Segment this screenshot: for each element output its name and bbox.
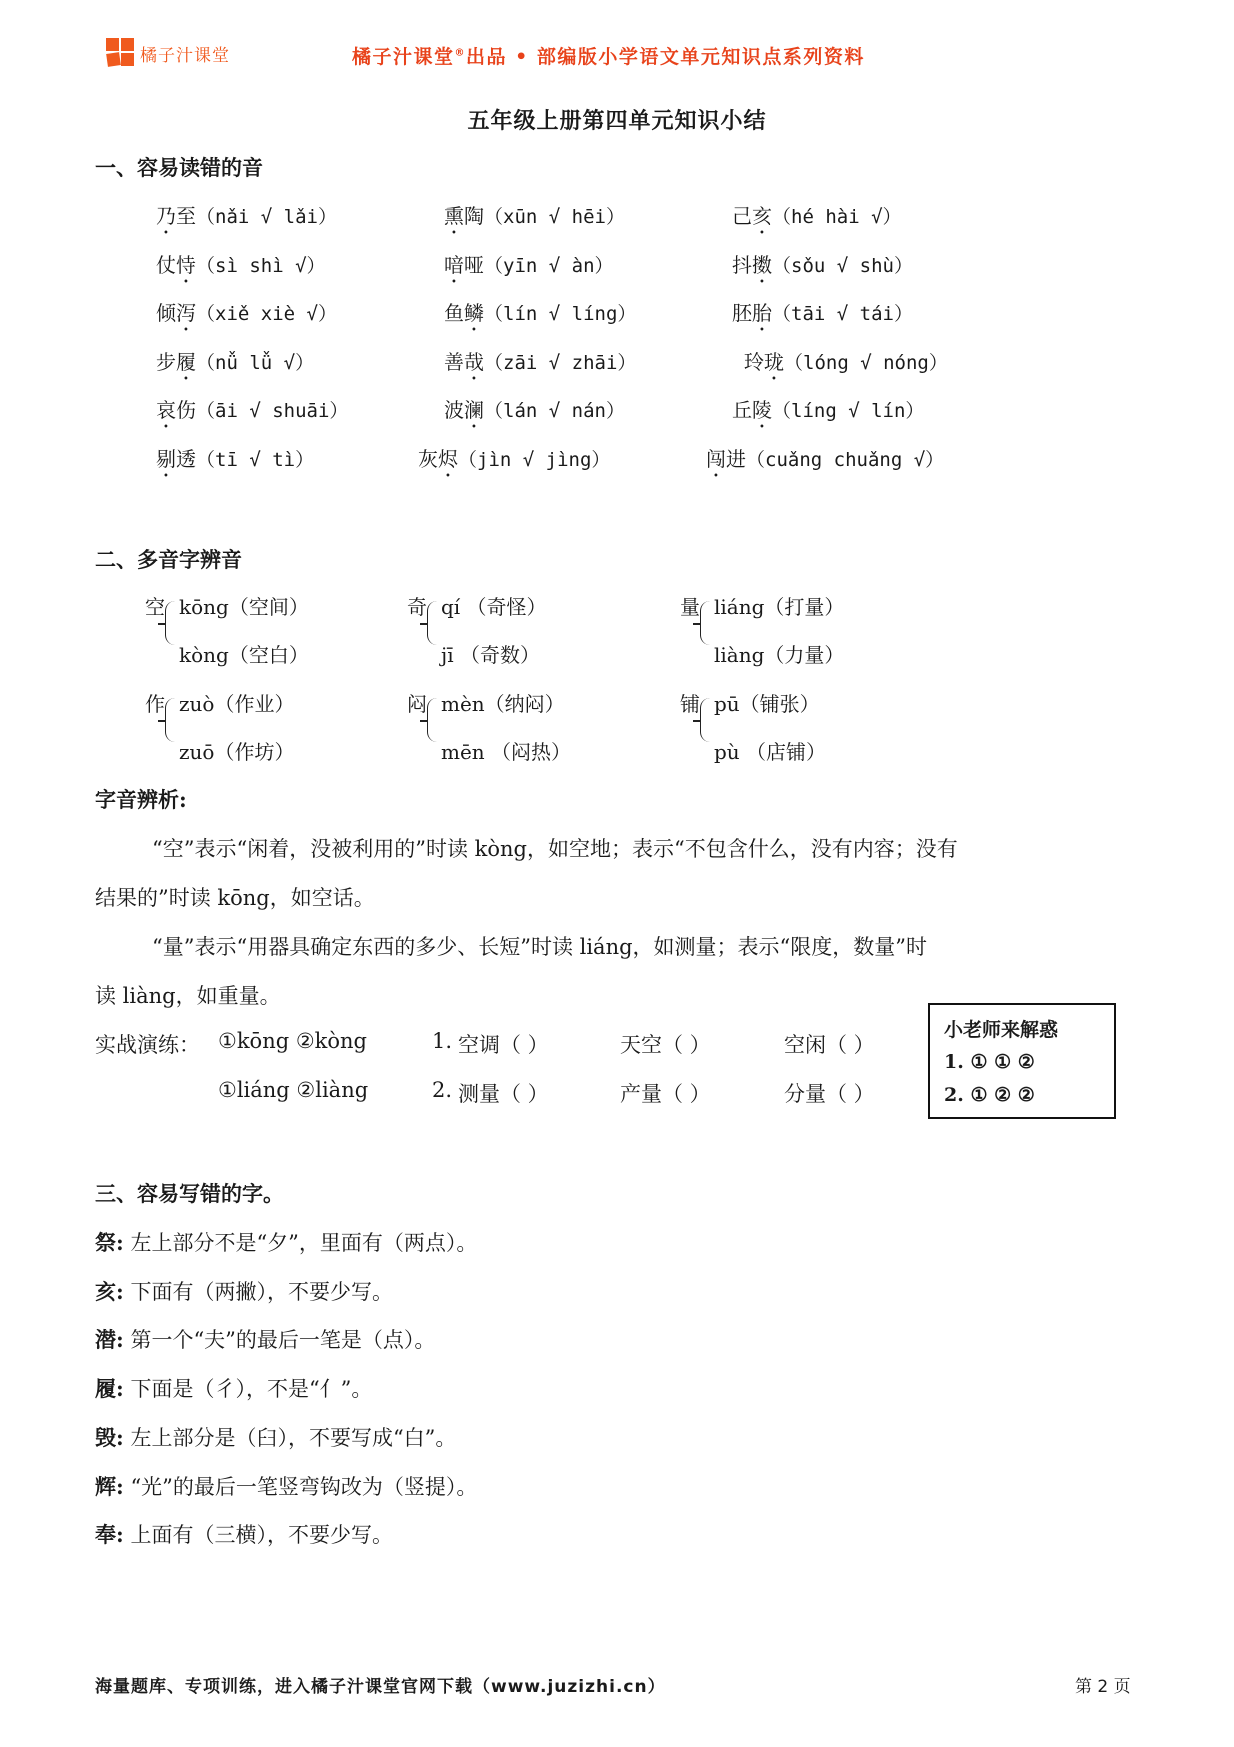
section-heading-misread: 一、容易读错的音 [95,152,263,182]
misread-word: 倾泻 [156,301,196,325]
miswritten-note: 左上部分不是“夕”，里面有（两点）。 [124,1231,478,1255]
analysis-paragraph-1-line-1: “空”表示“闲着，没被利用的”时读 kòng，如空地；表示“不包含什么，没有内容… [152,833,958,863]
answer-box: 小老师来解惑 1. ① ① ② 2. ① ② ② [928,1003,1116,1119]
practice-options-1: ①kōng ②kòng [218,1029,367,1053]
polyphone-reading-1: pū（铺张） [714,688,820,717]
page-number: 第 2 页 [1075,1672,1131,1697]
misread-word: 喑哑 [444,253,484,277]
curly-brace-icon [700,601,712,645]
pinyin-options: （yīn √ àn） [484,255,614,277]
practice-label: 实战演练： [95,1029,200,1059]
misread-entry: 己亥（hé hài √） [732,200,902,239]
miswritten-note: 下面有（两撇），不要少写。 [124,1280,393,1304]
miswritten-note: “光”的最后一笔竖弯钩改为（竖提）。 [124,1475,478,1499]
pinyin-options: （nǚ lǚ √） [196,352,314,374]
miswritten-entry: 履: 下面是（彳），不是“亻”。 [95,1373,372,1403]
polyphone-char: 作 [145,688,165,717]
misread-word: 鱼鳞 [444,301,484,325]
pinyin-options: （lán √ nán） [484,400,625,422]
curly-brace-icon [427,698,439,742]
pinyin-options: （xiě xiè √） [196,303,337,325]
polyphone-reading-1: liáng（打量） [714,591,844,620]
polyphone-reading-2: pù （店铺） [714,736,826,765]
misread-word: 剔透 [156,447,196,471]
pinyin-options: （sǒu √ shù） [772,255,913,277]
misread-word: 玲珑 [744,350,784,374]
pinyin-options: （cuǎng chuǎng √） [746,449,944,471]
brand-logo: 橘子汁课堂 [106,38,230,68]
pinyin-options: （jìn √ jìng） [458,449,610,471]
miswritten-entry: 辉: “光”的最后一笔竖弯钩改为（竖提）。 [95,1471,477,1501]
miswritten-char: 奉: [95,1522,124,1547]
practice-item-tiankong[interactable]: 天空（ ） [620,1029,711,1059]
misread-entry: 抖擞（sǒu √ shù） [732,249,913,288]
practice-options-2: ①liáng ②liàng [218,1078,368,1102]
miswritten-char: 祭: [95,1230,124,1255]
polyphone-reading-1: zuò（作业） [179,688,294,717]
analysis-paragraph-2-line-2: 读 liàng，如重量。 [95,980,281,1010]
misread-word: 熏陶 [444,204,484,228]
misread-entry: 剔透（tī √ tì） [156,443,314,482]
polyphone-reading-2: mēn （闷热） [441,736,571,765]
misread-entry: 善哉（zāi √ zhāi） [444,346,636,385]
miswritten-entry: 奉: 上面有（三横），不要少写。 [95,1519,393,1549]
analysis-paragraph-1-line-2: 结果的”时读 kōng，如空话。 [95,882,375,912]
miswritten-char: 毁: [95,1425,124,1450]
pinyin-options: （lín √ líng） [484,303,636,325]
miswritten-entry: 祭: 左上部分不是“夕”，里面有（两点）。 [95,1227,477,1257]
polyphone-reading-2: liàng（力量） [714,639,844,668]
practice-num-2: 2. [432,1078,452,1102]
misread-entry: 仗恃（sì shì √） [156,249,326,288]
logo-text: 橘子汁课堂 [140,41,230,66]
section-heading-miswritten: 三、容易写错的字。 [95,1178,284,1208]
misread-entry: 鱼鳞（lín √ líng） [444,297,636,336]
logo-squares-icon [106,38,136,68]
section-heading-polyphone: 二、多音字辨音 [95,544,242,574]
pinyin-options: （āi √ shuāi） [196,400,348,422]
answer-line-1: 1. ① ① ② [944,1051,1035,1073]
misread-word: 波澜 [444,398,484,422]
practice-item-celiang[interactable]: 测量（ ） [458,1078,549,1108]
misread-word: 善哉 [444,350,484,374]
analysis-heading: 字音辨析: [95,784,187,814]
misread-word: 胚胎 [732,301,772,325]
polyphone-reading-2: jī （奇数） [441,639,540,668]
polyphone-char: 空 [145,591,165,620]
pinyin-options: （tī √ tì） [196,449,314,471]
curly-brace-icon [427,601,439,645]
pinyin-options: （nǎi √ lǎi） [196,206,337,228]
practice-item-kongtiao[interactable]: 空调（ ） [458,1029,549,1059]
polyphone-reading-1: mèn（纳闷） [441,688,565,717]
polyphone-char: 量 [680,591,700,620]
miswritten-entry: 亥: 下面有（两撇），不要少写。 [95,1276,393,1306]
misread-entry: 乃至（nǎi √ lǎi） [156,200,337,239]
polyphone-char: 闷 [407,688,427,717]
misread-word: 闯进 [706,447,746,471]
miswritten-note: 下面是（彳），不是“亻”。 [124,1377,373,1401]
misread-entry: 熏陶（xūn √ hēi） [444,200,625,239]
polyphone-reading-2: kòng（空白） [179,639,309,668]
miswritten-entry: 毁: 左上部分是（臼），不要写成“白”。 [95,1422,456,1452]
practice-num-1: 1. [432,1029,452,1053]
footer-promo: 海量题库、专项训练，进入橘子汁课堂官网下载（www.juzizhi.cn） [95,1672,666,1697]
misread-entry: 胚胎（tāi √ tái） [732,297,913,336]
misread-word: 灰烬 [418,447,458,471]
polyphone-char: 奇 [407,591,427,620]
curly-brace-icon [165,601,177,645]
misread-entry: 丘陵（líng √ lín） [732,394,924,433]
misread-word: 哀伤 [156,398,196,422]
miswritten-char: 辉: [95,1474,124,1499]
misread-word: 步履 [156,350,196,374]
pinyin-options: （sì shì √） [196,255,326,277]
pinyin-options: （líng √ lín） [772,400,924,422]
miswritten-note: 左上部分是（臼），不要写成“白”。 [124,1426,457,1450]
practice-item-kongxian[interactable]: 空闲（ ） [784,1029,875,1059]
misread-entry: 喑哑（yīn √ àn） [444,249,614,288]
pinyin-options: （zāi √ zhāi） [484,352,636,374]
miswritten-entry: 潜: 第一个“夫”的最后一笔是（点）。 [95,1324,435,1354]
miswritten-note: 第一个“夫”的最后一笔是（点）。 [124,1328,436,1352]
answer-line-2: 2. ① ② ② [944,1084,1035,1106]
polyphone-reading-1: qí （奇怪） [441,591,547,620]
misread-word: 仗恃 [156,253,196,277]
misread-word: 丘陵 [732,398,772,422]
answer-box-title: 小老师来解惑 [944,1015,1058,1042]
curly-brace-icon [165,698,177,742]
misread-entry: 闯进（cuǎng chuǎng √） [706,443,944,482]
misread-word: 抖擞 [732,253,772,277]
miswritten-char: 履: [95,1376,124,1401]
misread-word: 乃至 [156,204,196,228]
pinyin-options: （tāi √ tái） [772,303,913,325]
misread-entry: 哀伤（āi √ shuāi） [156,394,348,433]
curly-brace-icon [700,698,712,742]
pinyin-options: （lóng √ nóng） [784,352,948,374]
misread-entry: 波澜（lán √ nán） [444,394,625,433]
pinyin-options: （hé hài √） [772,206,902,228]
miswritten-char: 潜: [95,1327,124,1352]
misread-entry: 灰烬（jìn √ jìng） [418,443,610,482]
practice-item-fenliang[interactable]: 分量（ ） [784,1078,875,1108]
pinyin-options: （xūn √ hēi） [484,206,625,228]
header-tagline: 橘子汁课堂®出品 • 部编版小学语文单元知识点系列资料 [352,42,865,69]
polyphone-char: 铺 [680,688,700,717]
analysis-paragraph-2-line-1: “量”表示“用器具确定东西的多少、长短”时读 liáng，如测量；表示“限度，数… [152,931,927,961]
misread-entry: 步履（nǚ lǚ √） [156,346,314,385]
polyphone-reading-2: zuō（作坊） [179,736,294,765]
polyphone-reading-1: kōng（空间） [179,591,309,620]
misread-entry: 玲珑（lóng √ nóng） [744,346,948,385]
misread-word: 己亥 [732,204,772,228]
misread-entry: 倾泻（xiě xiè √） [156,297,337,336]
miswritten-note: 上面有（三横），不要少写。 [124,1523,393,1547]
document-title: 五年级上册第四单元知识小结 [0,104,1234,135]
practice-item-chanliang[interactable]: 产量（ ） [620,1078,711,1108]
miswritten-char: 亥: [95,1279,124,1304]
